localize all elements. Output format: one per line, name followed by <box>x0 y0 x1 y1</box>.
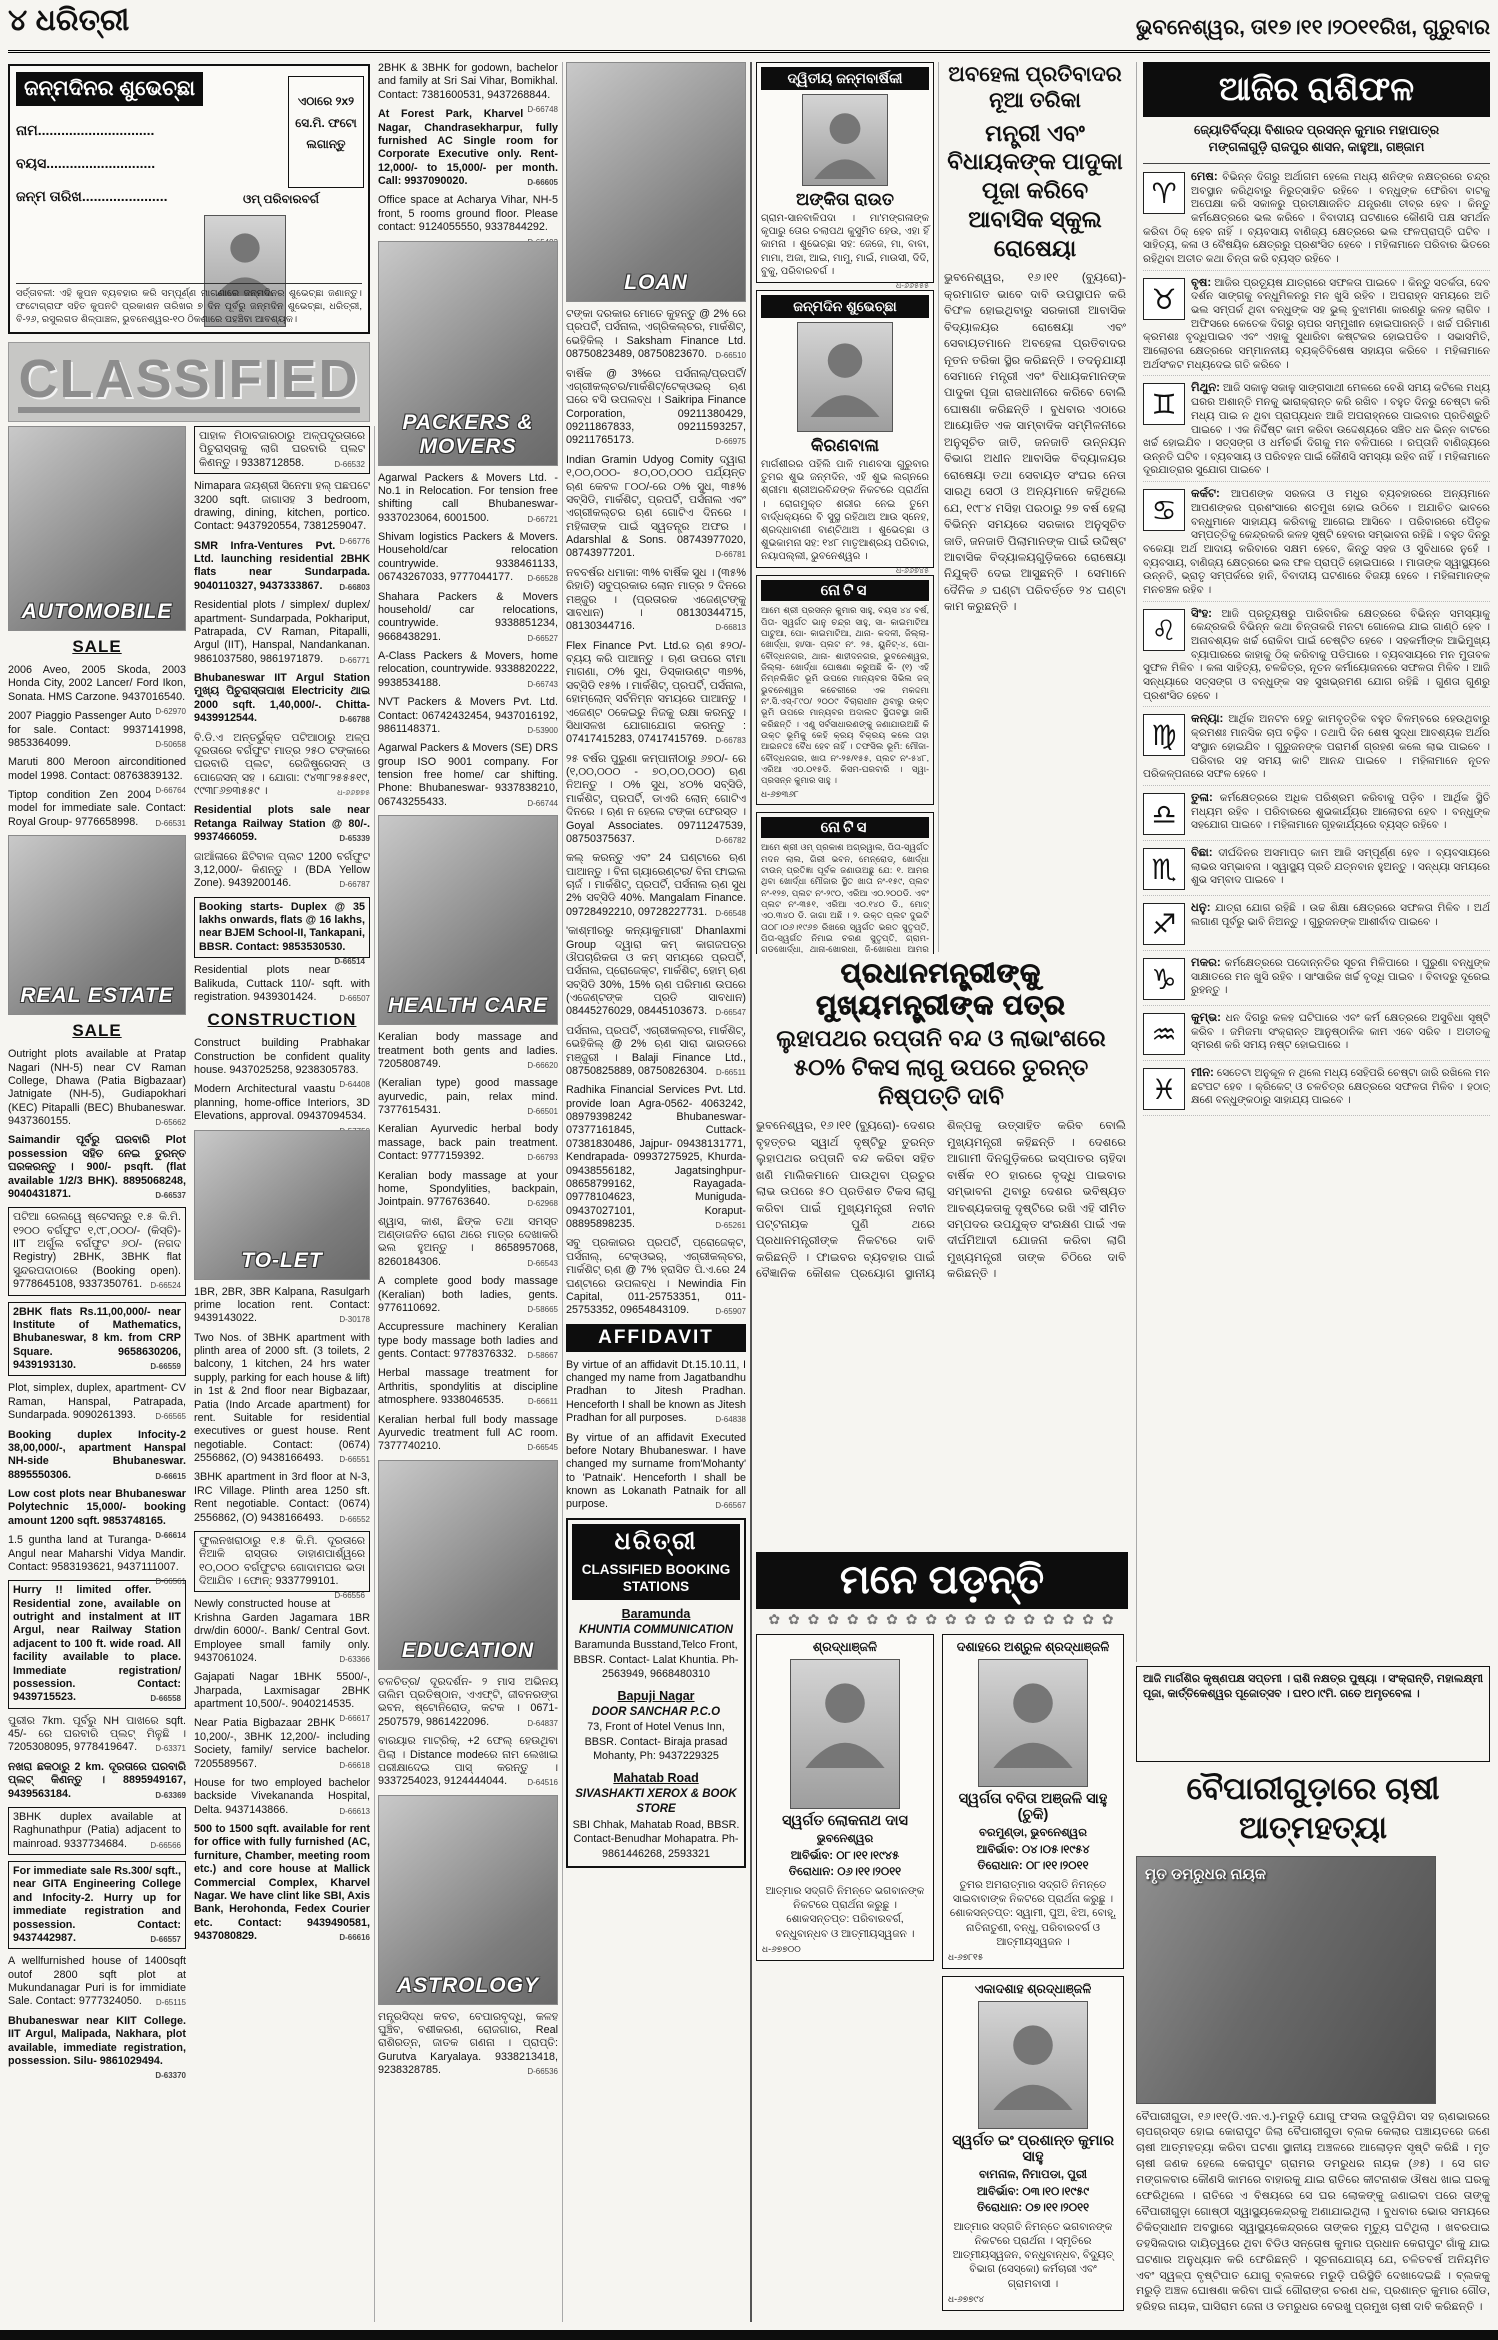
ad-text: ବାର୍ଷିକ @ 3%ରେ ପର୍ସନାଲ୍/ପ୍ରପର୍ଟି/ ଏଗ୍ରୀକ… <box>566 368 746 447</box>
zodiac-name: କୁମ୍ଭ: <box>1191 1012 1221 1024</box>
ad-text: Flex Finance Pvt. Ltd.ର ଋଣ ୫୨୦/- ବ୍ୟୟ କର… <box>566 640 746 746</box>
classified-ad: Saimandir ପୂର୍ବରୁ ଘରବାରି Plot possession… <box>8 1134 186 1201</box>
zodiac-name: ସିଂହ: <box>1191 608 1212 620</box>
classified-column-2: ପାହାଳ ମିଠାବଜାରଠାରୁ ଅଳ୍ପଦୂରତାରେ ପିଚୁରାସ୍ତ… <box>194 426 370 2322</box>
classified-ad: କଲ୍ କରନ୍ତୁ ଏବଂ 24 ଘଣ୍ଟାରେ ଋଣ ପାଆନ୍ତୁ । ବ… <box>566 852 746 919</box>
classified-ad: ନଖରା ଛକଠାରୁ 2 km. ଦୂରତାରେ ଘରବାରି ପ୍ଲଟ୍ କ… <box>8 1761 186 1801</box>
section-image-realestate: REAL ESTATE <box>8 835 186 1015</box>
classified-ad: Booking duplex Infocity-2 38,00,000/-, a… <box>8 1429 186 1483</box>
ad-id: D-66748 <box>527 105 558 115</box>
memorial-entry: ଶ୍ରଦ୍ଧାଞ୍ଜଳିସ୍ୱର୍ଗତ ଲୋକନାଥ ଦାସଭୁବନେଶ୍ୱରଆ… <box>756 1634 934 1961</box>
coupon-caption: ଓମ୍ ପରିବାରବର୍ଗ <box>198 192 364 208</box>
classified-ad: ପର୍ସନାଲ, ପ୍ରପର୍ଟି, ଏଗ୍ରୀକଲ୍ଚର, ମାର୍କଶିଟ୍… <box>566 1025 746 1079</box>
classified-ad: ଜାଆଁଳାରେ ଛିଟିବାଳ ପ୍ଲଟ 1200 ବର୍ଗଫୁଟ 3,12,… <box>194 851 370 891</box>
station-place: Bapuji Nagar <box>572 1688 740 1705</box>
horoscope-entry: ♉ବୃଷ: ଆଜିର ପ୍ରତ୍ୟୂଷ ଯାତ୍ରାରେ ସଫଳତା ପାଇବେ… <box>1143 276 1490 377</box>
station-details: 73, Front of Hotel Venus Inn, BBSR. Cont… <box>572 1720 740 1764</box>
ad-id: D-50658 <box>155 740 186 750</box>
classified-ad: Agarwal Packers & Movers (SE) DRS group … <box>378 742 558 809</box>
zodiac-name: କନ୍ୟା: <box>1191 713 1223 725</box>
horoscope-entry: ♓ମୀନ: ସେତେଟା ଅନୁକୂଳ ନ ଥିଲେ ମଧ୍ୟ ସେହିପରି … <box>1143 1066 1490 1116</box>
deceased-place: ଭୁବନେଶ୍ୱର <box>762 1831 928 1848</box>
coupon-photo-placeholder: ଏଠାରେ ୨x୨ ସେ.ମି. ଫଟୋ ଲଗାନ୍ତୁ <box>288 76 364 188</box>
ad-text: Office space at Acharya Vihar, NH-5 fron… <box>378 194 558 233</box>
classified-ad: Nimapara ଜୟଶ୍ରୀ ସିନେମା ହଲ୍ ପଛପଟେ 3200 sq… <box>194 480 370 534</box>
ad-text: By virtue of an affidavit Executed befor… <box>566 1432 746 1511</box>
classified-ad: Construct building Prabhakar Constructio… <box>194 1037 370 1077</box>
ad-id: D-66531 <box>155 819 186 829</box>
ad-text: Bhubaneswar near KIIT College. IIT Argul… <box>8 2015 186 2067</box>
ad-id: D-66721 <box>527 515 558 525</box>
ad-id: D-66527 <box>527 634 558 644</box>
deceased-name: ସ୍ୱର୍ଗତା ବବିତା ଅଞ୍ଜଳି ସାହୁ (ଚୁକି) <box>948 1791 1118 1823</box>
section-heading: SALE <box>8 637 186 657</box>
classified-ad: ସବୁ ପ୍ରକାରର ପ୍ରପର୍ଟି, ପ୍ରୋଜେକ୍ଟ, ପର୍ସନାଲ… <box>566 1237 746 1317</box>
dharitri-logo: ଧରିତ୍ରୀ <box>572 1524 740 1558</box>
ad-id: D-66543 <box>527 1259 558 1269</box>
astrology-image-label: ASTROLOGY <box>379 1974 557 1998</box>
booking-stations-box: ଧରିତ୍ରୀCLASSIFIED BOOKING STATIONSBaramu… <box>566 1518 746 1868</box>
booking-station: Mahatab RoadSIVASHAKTI XEROX & BOOK STOR… <box>572 1770 740 1862</box>
farmer-photo: ମୃତ ଡମରୁଧର ନାୟକ <box>1136 1856 1436 2104</box>
ad-text: 500 to 1500 sqft. available for rent for… <box>194 1823 370 1942</box>
section-image-education: EDUCATION <box>378 1460 558 1670</box>
classified-ad: Office space at Acharya Vihar, NH-5 fron… <box>378 194 558 234</box>
ad-id: D-63366 <box>339 1655 370 1665</box>
memorial-text: ଆତ୍ମାର ସଦ୍‌ଗତି ନିମନ୍ତେ ଭଗବାନଙ୍କ ନିକଟରେ ପ… <box>762 1884 928 1941</box>
ad-id: ଧ-୬୬୭୭୫ <box>337 788 370 798</box>
horoscope-text: କର୍କଟ: ଆପଣଙ୍କ ସରଳତା ଓ ମଧୁର ବ୍ୟବହାରରେ ଅନ୍… <box>1143 487 1490 597</box>
classified-ad: A-Class Packers & Movers, home relocatio… <box>378 650 558 690</box>
ad-id: D-66618 <box>339 1761 370 1771</box>
ad-id: D-66548 <box>715 909 746 919</box>
horoscope-entry: ♌ସିଂହ: ଆଜି ପ୍ରତ୍ୟୂଷରୁ ପାରିବାରିକ କ୍ଷେତ୍ରର… <box>1143 607 1490 708</box>
ad-id: D-64837 <box>527 1719 558 1729</box>
birth-date: ଆବିର୍ଭାବ: ୦୪।୦୫।୧୯୫୪ <box>948 1842 1118 1859</box>
section-image-tolet: TO-LET <box>194 1130 370 1280</box>
loan-image-label: LOAN <box>567 271 745 295</box>
person-silhouette <box>979 1660 1087 1768</box>
ad-text: Low cost plots near Bhubaneswar Polytech… <box>8 1488 186 1527</box>
masthead: ୪ ଧରିତ୍ରୀ ଭୁବନେଶ୍ୱର, ତା୧୭।୧୧।୨୦୧୧ରିଖ, ଗୁ… <box>8 4 1490 48</box>
coupon-title: ଜନ୍ମଦିନର ଶୁଭେଚ୍ଛା <box>16 72 203 106</box>
booking-stations-title: CLASSIFIED BOOKING STATIONS <box>572 1558 740 1600</box>
death-date: ତିରୋଧାନ: ୦୭।୧୧।୨୦୧୧ <box>948 2200 1118 2217</box>
ad-id: D-66532 <box>334 460 365 470</box>
horoscope-text: କୁମ୍ଭ: ଧନ ଦିଗରୁ କଳହ ଘଟିପାରେ ଏବଂ କର୍ମ କ୍ଷ… <box>1143 1011 1490 1053</box>
automobile-image-label: AUTOMOBILE <box>9 600 185 624</box>
memorial-right-column: ଦଶାହରେ ଅଶ୍ରୁଳ ଶ୍ରଦ୍ଧାଞ୍ଜଳିସ୍ୱର୍ଗତା ବବିତା… <box>942 1634 1124 2318</box>
classified-ad: Keralian body massage at your home, Spon… <box>378 1170 558 1210</box>
birth-date: ଆବିର୍ଭାବ: ୦୩।୧୦।୧୯୫୯ <box>948 2184 1118 2201</box>
classified-ad: ଟଙ୍କା ଦରକାର ମୋତେ କୁହନ୍ତୁ @ 2% ରେ ପ୍ରପର୍ଟ… <box>566 308 746 362</box>
zodiac-icon-♑: ♑ <box>1143 958 1185 1000</box>
memorial-heading: ଶ୍ରଦ୍ଧାଞ୍ଜଳି <box>762 1640 928 1655</box>
column-divider <box>374 426 375 2322</box>
bottom-rule <box>0 2330 1498 2340</box>
ad-id: D-63369 <box>155 1791 186 1801</box>
classified-ad: 3BHK apartment in 3rd floor at N-3, IRC … <box>194 1471 370 1525</box>
notices-container: ନୋଟିସଆମେ ଶ୍ରୀ ପ୍ରସନ୍ନ କୁମାର ସାହୁ, ବୟସ ୪୪… <box>756 575 934 954</box>
article-body: ବୈପାରୀଗୁଡା, ୧୬।୧୧(ଡି.ଏନ.ଏ.)-ମରୁଡ଼ି ଯୋଗୁ … <box>1136 2110 1490 2317</box>
deceased-place: ବରମୁଣ୍ଡା, ଭୁବନେଶ୍ୱର <box>948 1825 1118 1842</box>
section-heading-black: AFFIDAVIT <box>566 1324 746 1352</box>
memorial-photo <box>790 1659 900 1809</box>
section-image-packers: PACKERS & MOVERS <box>378 241 558 466</box>
ad-id: D-66781 <box>715 550 746 560</box>
legal-notice: ନୋଟିସଆମେ ଶ୍ରୀ ପ୍ରସନ୍ନ କୁମାର ସାହୁ, ବୟସ ୪୪… <box>756 575 934 805</box>
packers-image-label: PACKERS & MOVERS <box>379 411 557 459</box>
ad-id: D-66776 <box>339 537 370 547</box>
section-image-astrology: ASTROLOGY <box>378 1795 558 2005</box>
ad-id: D-65907 <box>715 1307 746 1317</box>
article-pm-letter: ପ୍ରଧାନମନ୍ତ୍ରୀଙ୍କୁ ମୁଖ୍ୟମନ୍ତ୍ରୀଙ୍କ ପତ୍ର ଲ… <box>756 958 1126 1544</box>
zodiac-icon-♋: ♋ <box>1143 489 1185 531</box>
zodiac-name: କର୍କଟ: <box>1191 488 1220 500</box>
classified-ad: ୨୫ ବର୍ଷର ପୁରୁଣା କମ୍ପାନୀଠାରୁ ୬୭୦/- ରେ (୧,… <box>566 753 746 847</box>
classified-ad: Agarwal Packers & Movers Ltd. - No.1 in … <box>378 472 558 526</box>
ad-id: D-66615 <box>155 1472 186 1482</box>
ad-id: D-65339 <box>339 834 370 844</box>
ad-id: D-66566 <box>150 1841 181 1851</box>
ad-id: D-64838 <box>715 1415 746 1425</box>
ad-id: D-64408 <box>339 1080 370 1090</box>
ad-id: D-66567 <box>715 1501 746 1511</box>
memorial-heading: ଦଶାହରେ ଅଶ୍ରୁଳ ଶ୍ରଦ୍ଧାଞ୍ଜଳି <box>948 1640 1118 1655</box>
ad-id: D-62970 <box>155 707 186 717</box>
ad-id: D-66620 <box>527 1061 558 1071</box>
section-heading: CONSTRUCTION <box>194 1010 370 1030</box>
ad-id: D-66783 <box>715 736 746 746</box>
booking-station: BaramundaKHUNTIA COMMUNICATIONBaramunda … <box>572 1606 740 1682</box>
horoscope-entry: ♏ବିଛା: ଦୀର୍ଘଦିନର ଅସମାପ୍ତ କାମ ଆଜି ସମ୍ପୂର୍… <box>1143 846 1490 896</box>
zodiac-name: ବୃଷ: <box>1191 277 1211 289</box>
horoscope-text: ମୀନ: ସେତେଟା ଅନୁକୂଳ ନ ଥିଲେ ମଧ୍ୟ ସେହିପରି ଚ… <box>1143 1066 1490 1108</box>
classified-ad: ବାରୟାର ମାଟ୍ରିକ୍, +2 ଫେଲ୍ ହେଉଥିବା ପିଲା । … <box>378 1735 558 1789</box>
classified-ad: Keralian body massage and treatment both… <box>378 1031 558 1071</box>
ad-id: D-66507 <box>339 994 370 1004</box>
classified-ad: Newly constructed house at Krishna Garde… <box>194 1598 370 1665</box>
greeting-name: କିରଣବାଳା <box>761 436 929 456</box>
classified-ad: House for two employed bachelor backside… <box>194 1777 370 1817</box>
classified-ad: ବି.ଡି.ଏ ଅନ୍ତର୍ଭୁକ୍ତ ପଟିଆଠାରୁ ଅଳ୍ପ ଦୂରତାର… <box>194 732 370 799</box>
birth-date: ଆବିର୍ଭାବ: ୦୮।୧୧।୧୯୪୫ <box>762 1848 928 1865</box>
ad-id: ଧ-୬୭୭୯୪ <box>948 2294 1118 2305</box>
horoscope-entries: ♈ମେଷ: ବିଭିନ୍ନ ଦିଗରୁ ଅର୍ଥାଗମ ହେଲେ ମଧ୍ୟ ଶନ… <box>1143 170 1490 1116</box>
classified-ad: ପାହାଳ ମିଠାବଜାରଠାରୁ ଅଳ୍ପଦୂରତାରେ ପିଚୁରାସ୍ତ… <box>194 426 370 474</box>
horoscope-text: ମକର: କର୍ମକ୍ଷେତ୍ରରେ ପଦୋନ୍ନତିର ସୂଚନା ମିଳିପ… <box>1143 956 1490 998</box>
greetings-column: ଦ୍ୱିତୀୟ ଜନ୍ମବାର୍ଷିକୀ ଅଙ୍କିତା ରାଉତ ଗ୍ରାମ-… <box>756 62 934 954</box>
ad-id: D-66788 <box>339 715 370 725</box>
classified-ad: ଫୁଲନଖରାଠାରୁ ୧.୫ କି.ମି. ଦୂରତାରେ ନିଆକି ରାସ… <box>194 1531 370 1593</box>
person-silhouette <box>791 1660 899 1768</box>
ad-id: D-66743 <box>527 680 558 690</box>
ad-id: D-65662 <box>155 1118 186 1128</box>
deceased-name: ସ୍ୱର୍ଗତ ଇଂ ପ୍ରଶାନ୍ତ କୁମାର ସାହୁ <box>948 2133 1118 2165</box>
classified-ad: Residential plots / simplex/ duplex/ apa… <box>194 599 370 666</box>
zodiac-name: ମେଷ: <box>1191 171 1218 183</box>
classified-ad: 2006 Aveo, 2005 Skoda, 2003 Honda City, … <box>8 664 186 704</box>
notice-header: ନୋଟିସ <box>761 817 929 838</box>
zodiac-icon-♐: ♐ <box>1143 903 1185 945</box>
section-image-automobile: AUTOMOBILE <box>8 426 186 631</box>
panchang-box: ଆଜି ମାର୍ଗଶିର କୃଷ୍ଣପକ୍ଷ ସପ୍ତମୀ । ରାଶି ନକ୍… <box>1136 1666 1490 1762</box>
ad-id: D-66537 <box>155 1191 186 1201</box>
ad-id: D-66614 <box>155 1531 186 1541</box>
ad-id: D-53900 <box>527 726 558 736</box>
horoscope-text: ବିଛା: ଦୀର୍ଘଦିନର ଅସମାପ୍ତ କାମ ଆଜି ସମ୍ପୂର୍ଣ… <box>1143 846 1490 888</box>
classified-ad: Outright plots available at Pratap Nagar… <box>8 1048 186 1128</box>
classified-ad: Gajapati Nagar 1BHK 5500/-, Jharpada, La… <box>194 1671 370 1711</box>
person-silhouette <box>798 323 892 417</box>
horoscope-entry: ♒କୁମ୍ଭ: ଧନ ଦିଗରୁ କଳହ ଘଟିପାରେ ଏବଂ କର୍ମ କ୍… <box>1143 1011 1490 1061</box>
ad-id: D-66611 <box>528 1397 558 1407</box>
ad-id: D-66511 <box>716 1068 746 1078</box>
ad-id: ଧ-୬୭୭୦୦ <box>762 1944 928 1955</box>
memorial-photo <box>978 2001 1088 2129</box>
coupon-terms: ସର୍ତ୍ତାବଳୀ: ଏହି କୁପନ ବ୍ୟବହାର କରି ସମ୍ପୂର୍… <box>16 283 362 327</box>
memorial-text: ତୁମର ଅମରାତ୍ମାର ସଦ୍‌ଗତି ନିମନ୍ତେ ସାଇବାବାଙ୍… <box>948 1878 1118 1949</box>
ad-id: D-66744 <box>527 799 558 809</box>
notice-text: ଆମେ ଶ୍ରୀ ଓମ୍ ପ୍ରକାଶ ଅଗ୍ରୱାଲ, ପିତା-ସ୍ୱର୍ଗ… <box>761 842 929 954</box>
article-headline: ଲୁହାପଥର ରପ୍ତାନି ବନ୍ଦ ଓ ଲାଭାଂଶରେ ୫୦% ଟିକସ… <box>756 1024 1126 1110</box>
ad-id: D-66771 <box>339 656 370 666</box>
horoscope-entry: ♋କର୍କଟ: ଆପଣଙ୍କ ସରଳତା ଓ ମଧୁର ବ୍ୟବହାରରେ ଅନ… <box>1143 487 1490 601</box>
station-place: Baramunda <box>572 1606 740 1623</box>
horoscope-section: ଆଜିର ରାଶିଫଳ ଜ୍ୟୋତିର୍ବିଦ୍ୟା ବିଶାରଦ ପ୍ରସନ୍… <box>1136 62 1490 1662</box>
classified-ad: NVT Packers & Movers Pvt. Ltd. Contact: … <box>378 696 558 736</box>
ad-id: D-66793 <box>527 1153 558 1163</box>
zodiac-name: ମୀନ: <box>1191 1067 1214 1079</box>
section-divider <box>750 62 752 2322</box>
ad-text: 'କାଶ୍ମୀରରୁ କନ୍ୟାକୁମାରୀ' Dhanlaxmi Group … <box>566 925 746 1017</box>
zodiac-icon-♒: ♒ <box>1143 1013 1185 1055</box>
ad-id: D-66613 <box>339 1807 370 1817</box>
horoscope-byline: ଜ୍ୟୋତିର୍ବିଦ୍ୟା ବିଶାରଦ ପ୍ରସନ୍ନ କୁମାର ମହାପ… <box>1143 117 1490 164</box>
ad-id: D-65261 <box>715 1221 746 1231</box>
zodiac-icon-♎: ♎ <box>1143 793 1185 835</box>
classified-ad: For immediate sale Rs.300/ sqft., near G… <box>8 1861 186 1949</box>
zodiac-icon-♊: ♊ <box>1143 383 1185 425</box>
horoscope-text: ମିଥୁନ: ଆଜି ସକାଳୁ ସକାଳୁ ସାଙ୍ଗସାଥୀ ମେଳରେ ବ… <box>1143 381 1490 478</box>
ad-id: D-66616 <box>339 1933 370 1943</box>
zodiac-icon-♏: ♏ <box>1143 848 1185 890</box>
ad-id: D-66803 <box>339 583 370 593</box>
ad-id: D-66524 <box>150 1281 181 1291</box>
classified-column-4: LOANଟଙ୍କା ଦରକାର ମୋତେ କୁହନ୍ତୁ @ 2% ରେ ପ୍ର… <box>566 62 746 2322</box>
classified-ad: ଶ୍ୱାସ, କାଶ, ଛିଙ୍କ ତଥା ସମସ୍ତ ଅଣ୍ଡାଜନିତ ରୋ… <box>378 1216 558 1270</box>
classified-ad: SMR Infra-Ventures Pvt. Ltd. launching r… <box>194 540 370 594</box>
horoscope-text: କନ୍ୟା: ଆର୍ଥିକ ଅନଟନ ହେତୁ କାମବୃତ୍ତିକ ବହୁତ … <box>1143 712 1490 782</box>
person-silhouette <box>979 2002 1087 2110</box>
zodiac-icon-♉: ♉ <box>1143 278 1185 320</box>
ad-id: D-66510 <box>715 351 746 361</box>
ad-text: ୨୫ ବର୍ଷର ପୁରୁଣା କମ୍ପାନୀଠାରୁ ୬୭୦/- ରେ (୧,… <box>566 753 746 845</box>
classified-logo: CLASSIFIED <box>8 342 370 422</box>
classified-ad: 'କାଶ୍ମୀରରୁ କନ୍ୟାକୁମାରୀ' Dhanlaxmi Group … <box>566 925 746 1019</box>
ad-id: ଧ-୬୬୫୫୫ <box>896 281 929 291</box>
zodiac-name: ତୁଳା: <box>1191 792 1213 804</box>
classified-ad: ମନ୍ତ୍ରସିଦ୍ଧ କବଚ, ବେପାରବୃଦ୍ଧି, କଳହ ଘୁଞ୍ଚି… <box>378 2011 558 2078</box>
ad-text: 2BHK & 3BHK for godown, bachelor and fam… <box>378 62 558 101</box>
death-date: ତିରୋଧାନ: ୦୮।୧୧।୨୦୧୧ <box>948 1858 1118 1875</box>
horoscope-entry: ♈ମେଷ: ବିଭିନ୍ନ ଦିଗରୁ ଅର୍ଥାଗମ ହେଲେ ମଧ୍ୟ ଶନ… <box>1143 170 1490 271</box>
ad-text: ସବୁ ପ୍ରକାରର ପ୍ରପର୍ଟି, ପ୍ରୋଜେକ୍ଟ, ପର୍ସନାଲ… <box>566 1237 746 1316</box>
ad-id: D-65115 <box>156 1998 186 2008</box>
horoscope-entry: ♍କନ୍ୟା: ଆର୍ଥିକ ଅନଟନ ହେତୁ କାମବୃତ୍ତିକ ବହୁତ… <box>1143 712 1490 786</box>
classified-ad: ନବବର୍ଷର ଧମାକା: ୩% ବାର୍ଷିକ ସୁଧ । (୩୫% ରିହ… <box>566 567 746 634</box>
memorial-photo <box>978 1659 1088 1787</box>
horoscope-entry: ♐ଧନୁ: ଯାତ୍ରା ଯୋଗ ରହିଛି । ଉଚ୍ଚ ଶିକ୍ଷା କ୍ଷ… <box>1143 901 1490 951</box>
classified-ad: Radhika Financial Services Pvt. Ltd. pro… <box>566 1084 746 1231</box>
classified-ad: Indian Gramin Udyog Comity ଦ୍ୱାରା ୧,୦୦,୦… <box>566 454 746 561</box>
kiranabala-photo <box>797 322 893 432</box>
ad-id: ଧ-୬୬୭୪୫ <box>896 566 929 576</box>
realestate-image-label: REAL ESTATE <box>9 984 185 1008</box>
zodiac-name: ବିଛା: <box>1191 847 1213 859</box>
ad-id: D-66545 <box>527 1443 558 1453</box>
memorial-banner: ମନେ ପଡ଼ନ୍ତି <box>756 1552 1128 1609</box>
ad-id: D-66813 <box>715 623 746 633</box>
horoscope-title: ଆଜିର ରାଶିଫଳ <box>1143 62 1490 117</box>
zodiac-icon-♌: ♌ <box>1143 609 1185 651</box>
horoscope-text: ତୁଳା: କର୍ମକ୍ଷେତ୍ରରେ ଅଧିକ ପରିଶ୍ରମ କରିବାକୁ… <box>1143 791 1490 833</box>
birthday-coupon-box: ଜନ୍ମଦିନର ଶୁଭେଚ୍ଛା ନାମ...................… <box>8 64 370 334</box>
ad-text: Indian Gramin Udyog Comity ଦ୍ୱାରା ୧,୦୦,୦… <box>566 454 746 560</box>
ad-text: ପଟିଆ ରେଲୱେ ଷ୍ଟେସନ୍‌ରୁ ୧.୫ କି.ମି. ୧୨୦୦ ବର… <box>13 1211 181 1290</box>
booking-station: Bapuji NagarDOOR SANCHAR P.C.O73, Front … <box>572 1688 740 1764</box>
memorial-text: ଆତ୍ମାର ସଦ୍‌ଗତି ନିମନ୍ତେ ଭଗବାନଙ୍କ ନିକଟରେ ପ… <box>948 2220 1118 2291</box>
ad-id: D-66551 <box>339 1455 370 1465</box>
memorial-entry: ଏକାଦଶାହ ଶ୍ରଦ୍ଧାଞ୍ଜଳିସ୍ୱର୍ଗତ ଇଂ ପ୍ରଶାନ୍ତ … <box>942 1976 1124 2311</box>
deceased-name: ସ୍ୱର୍ଗତ ଲୋକନାଥ ଦାସ <box>762 1813 928 1829</box>
column-divider <box>562 62 563 2322</box>
classified-logo-text: CLASSIFIED <box>18 351 359 414</box>
notice-header: ନୋଟିସ <box>761 580 929 601</box>
legal-notice: ନୋଟିସଆମେ ଶ୍ରୀ ଓମ୍ ପ୍ରକାଶ ଅଗ୍ରୱାଲ, ପିତା-ସ… <box>756 812 934 954</box>
ad-text: Maruti 800 Meroon airconditioned model 1… <box>8 756 186 781</box>
classified-column-3: 2BHK & 3BHK for godown, bachelor and fam… <box>378 62 558 2322</box>
classified-ad: Keralian Ayurvedic herbal body massage, … <box>378 1123 558 1163</box>
greeting-header: ଦ୍ୱିତୀୟ ଜନ୍ମବାର୍ଷିକୀ <box>761 67 929 90</box>
classified-ad: Keralian herbal full body massage Ayurve… <box>378 1414 558 1454</box>
ad-id: ଧ-୬୭୩୬୮ <box>761 789 929 800</box>
ad-id: D-58665 <box>527 1305 558 1315</box>
photo-caption: ମୃତ ଡମରୁଧର ନାୟକ <box>1145 1865 1266 1885</box>
classified-ad: ଚଳଚିତ୍ର/ ଦୂରଦର୍ଶନ- ୨ ମାସ ଅଭିନୟ ତାଲିମ ପ୍ର… <box>378 1676 558 1730</box>
horoscope-text: ଧନୁ: ଯାତ୍ରା ଯୋଗ ରହିଛି । ଉଚ୍ଚ ଶିକ୍ଷା କ୍ଷେ… <box>1143 901 1490 930</box>
healthcare-image-label: HEALTH CARE <box>379 994 557 1018</box>
horoscope-text: ସିଂହ: ଆଜି ପ୍ରତ୍ୟୂଷରୁ ପାରିବାରିକ କ୍ଷେତ୍ରରେ… <box>1143 607 1490 704</box>
classified-ad: Two Nos. of 3BHK apartment with plinth a… <box>194 1332 370 1466</box>
zodiac-name: ଧନୁ: <box>1191 902 1211 914</box>
classified-ad: 2BHK & 3BHK for godown, bachelor and fam… <box>378 62 558 102</box>
memorial-left-column: ଶ୍ରଦ୍ଧାଞ୍ଜଳିସ୍ୱର୍ଗତ ଲୋକନାଥ ଦାସଭୁବନେଶ୍ୱରଆ… <box>756 1634 934 2318</box>
baby-photo <box>802 94 888 186</box>
station-place: Mahatab Road <box>572 1770 740 1787</box>
zodiac-name: ମିଥୁନ: <box>1191 382 1220 394</box>
memorial-section: ମନେ ପଡ଼ନ୍ତି ✿ ✿ ✿ ✿ ✿ ✿ ✿ ✿ ✿ ✿ ✿ ✿ ✿ ✿ … <box>756 1552 1128 2322</box>
ad-text: Gajapati Nagar 1BHK 5500/-, Jharpada, La… <box>194 1671 370 1710</box>
ad-id: D-66514 <box>334 957 365 967</box>
flower-border: ✿ ✿ ✿ ✿ ✿ ✿ ✿ ✿ ✿ ✿ ✿ ✿ ✿ ✿ ✿ ✿ ✿ ✿ <box>756 1611 1128 1628</box>
ad-text: Booking starts- Duplex @ 35 lakhs onward… <box>199 901 365 953</box>
memorial-heading: ଏକାଦଶାହ ଶ୍ରଦ୍ଧାଞ୍ଜଳି <box>948 1982 1118 1997</box>
ad-text: Two Nos. of 3BHK apartment with plinth a… <box>194 1332 370 1464</box>
horoscope-entry: ♊ମିଥୁନ: ଆଜି ସକାଳୁ ସକାଳୁ ସାଙ୍ଗସାଥୀ ମେଳରେ … <box>1143 381 1490 482</box>
newspaper-page: ୪ ଧରିତ୍ରୀ ଭୁବନେଶ୍ୱର, ତା୧୭।୧୧।୨୦୧୧ରିଖ, ଗୁ… <box>0 0 1498 2340</box>
birthday-greeting-baby: ଦ୍ୱିତୀୟ ଜନ୍ମବାର୍ଷିକୀ ଅଙ୍କିତା ରାଉତ ଗ୍ରାମ-… <box>756 62 934 283</box>
station-details: SBI Chhak, Mahatab Road, BBSR. Contact-B… <box>572 1818 740 1862</box>
ad-id: D-66536 <box>527 2067 558 2077</box>
greeting-name: ଅଙ୍କିତା ରାଉତ <box>761 190 929 210</box>
article-body: ଭୁବନେଶ୍ୱର, ୧୬।୧୧ (ବ୍ୟୁରୋ)- କ୍ରମାଗତ ଭାବେ … <box>944 270 1126 616</box>
classified-ad: Shahara Packers & Movers household/ car … <box>378 591 558 645</box>
ad-id: D-66552 <box>339 1515 370 1525</box>
classified-ad: Low cost plots near Bhubaneswar Polytech… <box>8 1488 186 1528</box>
ad-text: Construct building Prabhakar Constructio… <box>194 1037 370 1076</box>
ad-id: D-62968 <box>527 1199 558 1209</box>
article-headline: ମନ୍ତ୍ରୀ ଏବଂ ବିଧାୟକଙ୍କ ପାଦୁକା ପୂଜା କରିବେ … <box>944 119 1126 263</box>
ad-id: D-58667 <box>527 1351 558 1361</box>
classified-ad: Bhubaneswar near KIIT College. IIT Argul… <box>8 2015 186 2069</box>
ad-id: D-66565 <box>155 1412 186 1422</box>
classified-ad: A complete good body massage (Keralian) … <box>378 1275 558 1315</box>
person-silhouette <box>803 95 887 179</box>
article-farmer: ବୈପାରୀଗୁଡ଼ାରେ ଚାଷୀ ଆତ୍ମହତ୍ୟା ମୃତ ଡମରୁଧର … <box>1136 1770 1490 2322</box>
section-image-healthcare: HEALTH CARE <box>378 815 558 1025</box>
ad-text: Nimapara ଜୟଶ୍ରୀ ସିନେମା ହଲ୍ ପଛପଟେ 3200 sq… <box>194 480 370 532</box>
zodiac-icon-♓: ♓ <box>1143 1068 1185 1110</box>
ad-text: At Forest Park, Kharvel Nagar, Chandrase… <box>378 108 558 187</box>
station-agency: SIVASHAKTI XEROX & BOOK STORE <box>572 1787 740 1818</box>
classified-ad: Residential plots sale near Retanga Rail… <box>194 804 370 844</box>
astrologer-name: ଜ୍ୟୋତିର୍ବିଦ୍ୟା ବିଶାରଦ ପ୍ରସନ୍ନ କୁମାର ମହାପ… <box>1194 123 1439 137</box>
ad-id: D-66975 <box>715 437 746 447</box>
section-heading: SALE <box>8 1021 186 1041</box>
classified-ad: Near Patia Bigbazaar 2BHK 10,200/-, 3BHK… <box>194 1717 370 1771</box>
classified-ad: Residential plots near Balikuda, Cuttack… <box>194 964 370 1004</box>
ad-id: D-66556 <box>334 1591 365 1601</box>
ad-id: D-66559 <box>150 1362 181 1372</box>
horoscope-entry: ♎ତୁଳା: କର୍ମକ୍ଷେତ୍ରରେ ଅଧିକ ପରିଶ୍ରମ କରିବାକ… <box>1143 791 1490 841</box>
classified-ad: Booking starts- Duplex @ 35 lakhs onward… <box>194 897 370 959</box>
ad-id: D-66787 <box>339 880 370 890</box>
ad-id: D-66617 <box>339 1714 370 1724</box>
ad-text: 2006 Aveo, 2005 Skoda, 2003 Honda City, … <box>8 664 186 703</box>
ad-text: Outright plots available at Pratap Nagar… <box>8 1048 186 1127</box>
classified-ad: Plot, simplex, duplex, apartment- CV Ram… <box>8 1382 186 1422</box>
ad-id: D-30178 <box>339 1315 370 1325</box>
greeting-header: ଜନ୍ମଦିନ ଶୁଭେଚ୍ଛା <box>761 295 929 318</box>
classified-ad: 500 to 1500 sqft. available for rent for… <box>194 1823 370 1943</box>
ad-id: D-66528 <box>527 574 558 584</box>
ad-id: D-66557 <box>150 1935 181 1945</box>
classified-ad: ବାର୍ଷିକ @ 3%ରେ ପର୍ସନାଲ୍/ପ୍ରପର୍ଟି/ ଏଗ୍ରୀକ… <box>566 368 746 448</box>
astrologer-address: ମଙ୍ଗଳାଗୁଡ଼ି ରାଜପୁର ଶାସନ, କାହୁଆ, ଗଞ୍ଜାମ <box>1209 140 1425 154</box>
ad-text: ଫୁଲନଖରାଠାରୁ ୧.୫ କି.ମି. ଦୂରତାରେ ନିଆକି ରାସ… <box>199 1535 365 1587</box>
article-kicker: ଅବହେଳା ପ୍ରତିବାଦର ନୂଆ ତରିକା <box>944 62 1126 115</box>
education-image-label: EDUCATION <box>379 1639 557 1663</box>
ad-id: D-66561 <box>155 1577 186 1587</box>
ad-text: Hurry !! limited offer. Residential zone… <box>13 1584 181 1703</box>
classified-ad: Hurry !! limited offer. Residential zone… <box>8 1580 186 1708</box>
ad-id: D-63370 <box>155 2071 186 2081</box>
classified-ad: Flex Finance Pvt. Ltd.ର ଋଣ ୫୨୦/- ବ୍ୟୟ କର… <box>566 640 746 747</box>
classified-ad: 2BHK flats Rs.11,00,000/- near Institute… <box>8 1302 186 1377</box>
ad-id: D-66782 <box>715 836 746 846</box>
classified-ad: By virtue of an affidavit Executed befor… <box>566 1432 746 1512</box>
